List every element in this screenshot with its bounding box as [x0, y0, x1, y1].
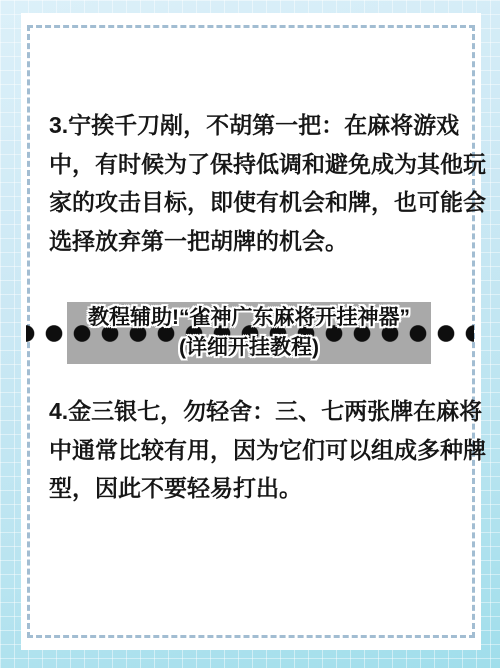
tip-paragraph-4: 4.金三银七，勿轻舍：三、七两张牌在麻将 中通常比较有用，因为它们可以组成多种牌… — [49, 392, 463, 508]
ad-banner-line-2: (详细开挂教程) — [179, 333, 319, 363]
text-line: 选择放弃第一把胡牌的机会。 — [49, 222, 463, 261]
ad-banner-line-1: 教程辅助!“雀神广东麻将开挂神器” — [88, 303, 410, 333]
tip-paragraph-3: 3.宁挨千刀剐，不胡第一把：在麻将游戏 中，有时候为了保持低调和避免成为其他玩 … — [49, 106, 463, 260]
text-line: 中通常比较有用，因为它们可以组成多种牌 — [49, 431, 463, 470]
text-line: 家的攻击目标，即使有机会和牌，也可能会 — [49, 183, 463, 222]
text-line: 型，因此不要轻易打出。 — [49, 469, 463, 508]
text-line: 3.宁挨千刀剐，不胡第一把：在麻将游戏 — [49, 106, 463, 145]
text-line: 4.金三银七，勿轻舍：三、七两张牌在麻将 — [49, 392, 463, 431]
page-background: { "card": { "paragraph3": { "lines": [ "… — [0, 0, 500, 668]
ad-banner: 教程辅助!“雀神广东麻将开挂神器” (详细开挂教程) — [67, 302, 431, 364]
text-line: 中，有时候为了保持低调和避免成为其他玩 — [49, 145, 463, 184]
